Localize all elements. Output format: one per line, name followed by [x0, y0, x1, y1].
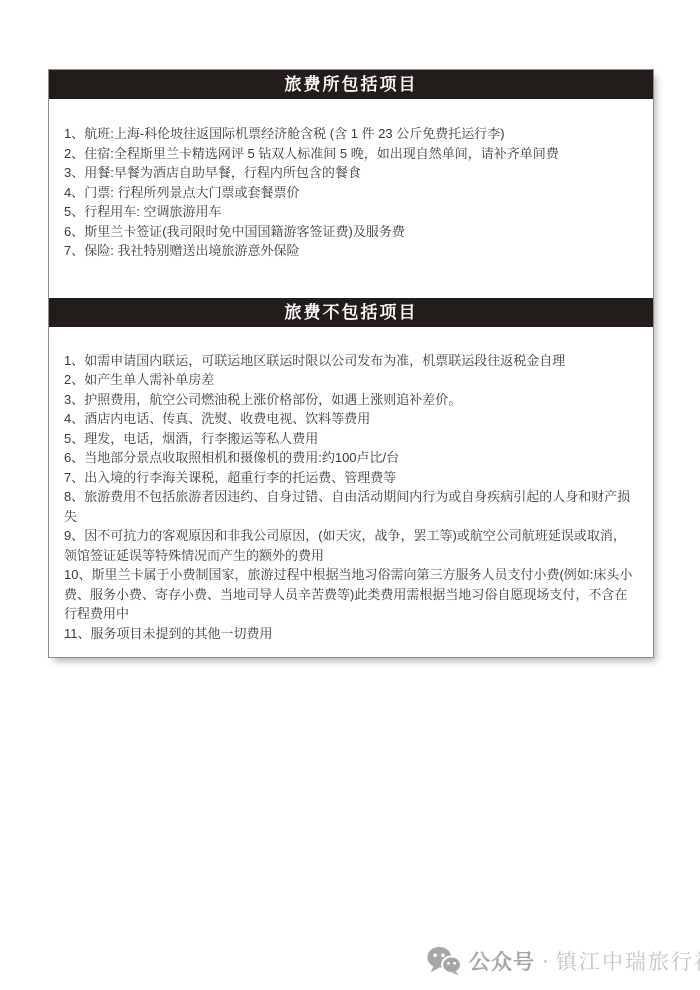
fees-panel: 旅费所包括项目 1、航班:上海-科伦坡往返国际机票经济舱含税 (含 1 件 23…: [48, 69, 654, 658]
list-item: 2、如产生单人需补单房差: [64, 370, 637, 390]
included-list: 1、航班:上海-科伦坡往返国际机票经济舱含税 (含 1 件 23 公斤免费托运行…: [49, 99, 653, 298]
list-item: 5、行程用车: 空调旅游用车: [64, 202, 637, 222]
list-item: 9、因不可抗力的客观原因和非我公司原因，(如天灾，战争，罢工等)或航空公司航班延…: [64, 526, 637, 565]
watermark-separator: ·: [542, 949, 549, 973]
included-section-title: 旅费所包括项目: [285, 75, 418, 94]
official-account-watermark: 公众号 · 镇江中瑞旅行社: [427, 944, 700, 978]
excluded-section-title: 旅费不包括项目: [285, 303, 418, 322]
list-item: 11、服务项目未提到的其他一切费用: [64, 624, 637, 644]
list-item: 6、斯里兰卡签证(我司限时免中国国籍游客签证费)及服务费: [64, 222, 637, 242]
watermark-account-name: 镇江中瑞旅行社: [556, 946, 700, 976]
list-item: 7、保险: 我社特别赠送出境旅游意外保险: [64, 241, 637, 261]
list-item: 3、用餐:早餐为酒店自助早餐，行程内所包含的餐食: [64, 163, 637, 183]
included-section-header: 旅费所包括项目: [49, 70, 653, 99]
list-item: 1、航班:上海-科伦坡往返国际机票经济舱含税 (含 1 件 23 公斤免费托运行…: [64, 124, 637, 144]
list-item: 10、斯里兰卡属于小费制国家，旅游过程中根据当地习俗需向第三方服务人员支付小费(…: [64, 565, 637, 624]
list-item: 7、出入境的行李海关课税，超重行李的托运费、管理费等: [64, 468, 637, 488]
list-item: 6、当地部分景点收取照相机和摄像机的费用:约100卢比/台: [64, 448, 637, 468]
list-item: 4、酒店内电话、传真、洗熨、收费电视、饮料等费用: [64, 409, 637, 429]
watermark-label: 公众号: [469, 946, 535, 976]
document-page: 旅费所包括项目 1、航班:上海-科伦坡往返国际机票经济舱含税 (含 1 件 23…: [0, 0, 700, 990]
wechat-icon: [427, 945, 461, 977]
excluded-section-header: 旅费不包括项目: [49, 298, 653, 327]
list-item: 1、如需申请国内联运，可联运地区联运时限以公司发布为准，机票联运段往返税金自理: [64, 351, 637, 371]
list-item: 2、住宿:全程斯里兰卡精选网评 5 钻双人标准间 5 晚，如出现自然单间，请补齐…: [64, 144, 637, 164]
list-item: 8、旅游费用不包括旅游者因违约、自身过错、自由活动期间内行为或自身疾病引起的人身…: [64, 487, 637, 526]
excluded-list: 1、如需申请国内联运，可联运地区联运时限以公司发布为准，机票联运段往返税金自理 …: [49, 327, 653, 658]
list-item: 3、护照费用，航空公司燃油税上涨价格部份，如遇上涨则追补差价。: [64, 390, 637, 410]
list-item: 4、门票: 行程所列景点大门票或套餐票价: [64, 183, 637, 203]
list-item: 5、理发，电话，烟酒，行李搬运等私人费用: [64, 429, 637, 449]
